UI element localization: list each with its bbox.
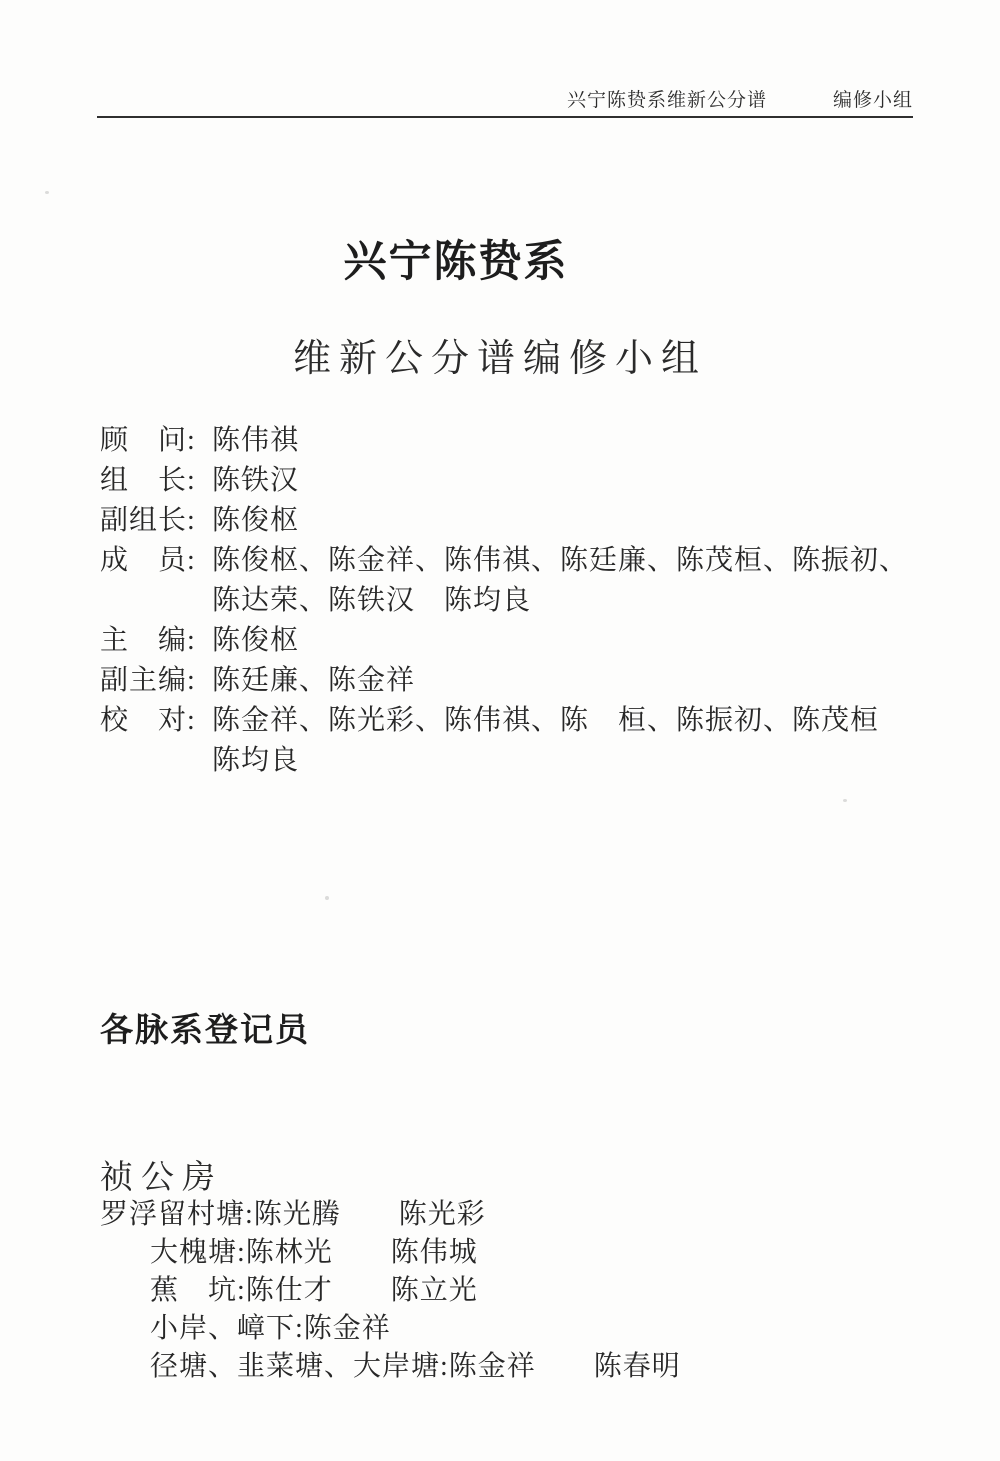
- role-names: 陈均良: [212, 745, 299, 776]
- header-rule: [97, 116, 913, 118]
- header-book-title: 兴宁陈贽系维新公分谱: [567, 85, 767, 112]
- role-label: 主 编:: [100, 621, 212, 661]
- scan-speck: [843, 799, 847, 802]
- role-names: 陈铁汉: [212, 465, 299, 496]
- role-names: 陈俊枢: [212, 505, 299, 536]
- role-names: 陈俊枢: [212, 625, 299, 656]
- branch-title: 祯公房: [100, 1151, 223, 1198]
- registrars-list: 罗浮留村塘:陈光腾 陈光彩 大槐塘:陈林光 陈伟城 蕉 坑:陈仕才 陈立光 小岸…: [100, 1196, 940, 1386]
- role-names: 陈伟祺: [212, 425, 299, 456]
- committee-row-members-cont: 陈达荣、陈铁汉 陈均良: [100, 581, 940, 621]
- committee-row-advisor: 顾 问:陈伟祺: [100, 421, 940, 461]
- registrar-row: 径塘、韭菜塘、大岸塘:陈金祥 陈春明: [100, 1348, 940, 1386]
- role-names: 陈俊枢、陈金祥、陈伟祺、陈廷廉、陈茂桓、陈振初、: [212, 545, 908, 576]
- registrar-row: 罗浮留村塘:陈光腾 陈光彩: [100, 1196, 940, 1234]
- registrar-row: 大槐塘:陈林光 陈伟城: [100, 1234, 940, 1272]
- role-label: 成 员:: [100, 541, 212, 581]
- role-label: 组 长:: [100, 461, 212, 501]
- scan-speck: [325, 896, 329, 900]
- running-header: 兴宁陈贽系维新公分谱 编修小组: [97, 85, 913, 112]
- role-names: 陈达荣、陈铁汉 陈均良: [212, 585, 531, 616]
- committee-row-proofreaders-cont: 陈均良: [100, 741, 940, 781]
- scan-speck: [45, 191, 49, 194]
- committee-row-proofreaders: 校 对:陈金祥、陈光彩、陈伟祺、陈 桓、陈振初、陈茂桓: [100, 701, 940, 741]
- header-section-title: 编修小组: [833, 85, 913, 112]
- committee-row-leader: 组 长:陈铁汉: [100, 461, 940, 501]
- role-label: 顾 问:: [100, 421, 212, 461]
- role-label: 副主编:: [100, 661, 212, 701]
- role-label: 副组长:: [100, 501, 212, 541]
- committee-row-members: 成 员:陈俊枢、陈金祥、陈伟祺、陈廷廉、陈茂桓、陈振初、: [100, 541, 940, 581]
- role-names: 陈金祥、陈光彩、陈伟祺、陈 桓、陈振初、陈茂桓: [212, 705, 879, 736]
- registrar-row: 蕉 坑:陈仕才 陈立光: [100, 1272, 940, 1310]
- subtitle: 维新公分谱编修小组: [0, 327, 1000, 382]
- role-names: 陈廷廉、陈金祥: [212, 665, 415, 696]
- main-title: 兴宁陈贽系: [0, 228, 912, 289]
- document-page: 兴宁陈贽系维新公分谱 编修小组 兴宁陈贽系 维新公分谱编修小组 顾 问:陈伟祺 …: [0, 0, 1000, 1461]
- committee-list: 顾 问:陈伟祺 组 长:陈铁汉 副组长:陈俊枢 成 员:陈俊枢、陈金祥、陈伟祺、…: [100, 421, 940, 781]
- committee-row-deputy-editor: 副主编:陈廷廉、陈金祥: [100, 661, 940, 701]
- committee-row-chief-editor: 主 编:陈俊枢: [100, 621, 940, 661]
- registrars-heading: 各脉系登记员: [100, 1004, 310, 1051]
- role-label: 校 对:: [100, 701, 212, 741]
- registrar-row: 小岸、嶂下:陈金祥: [100, 1310, 940, 1348]
- committee-row-deputy-leader: 副组长:陈俊枢: [100, 501, 940, 541]
